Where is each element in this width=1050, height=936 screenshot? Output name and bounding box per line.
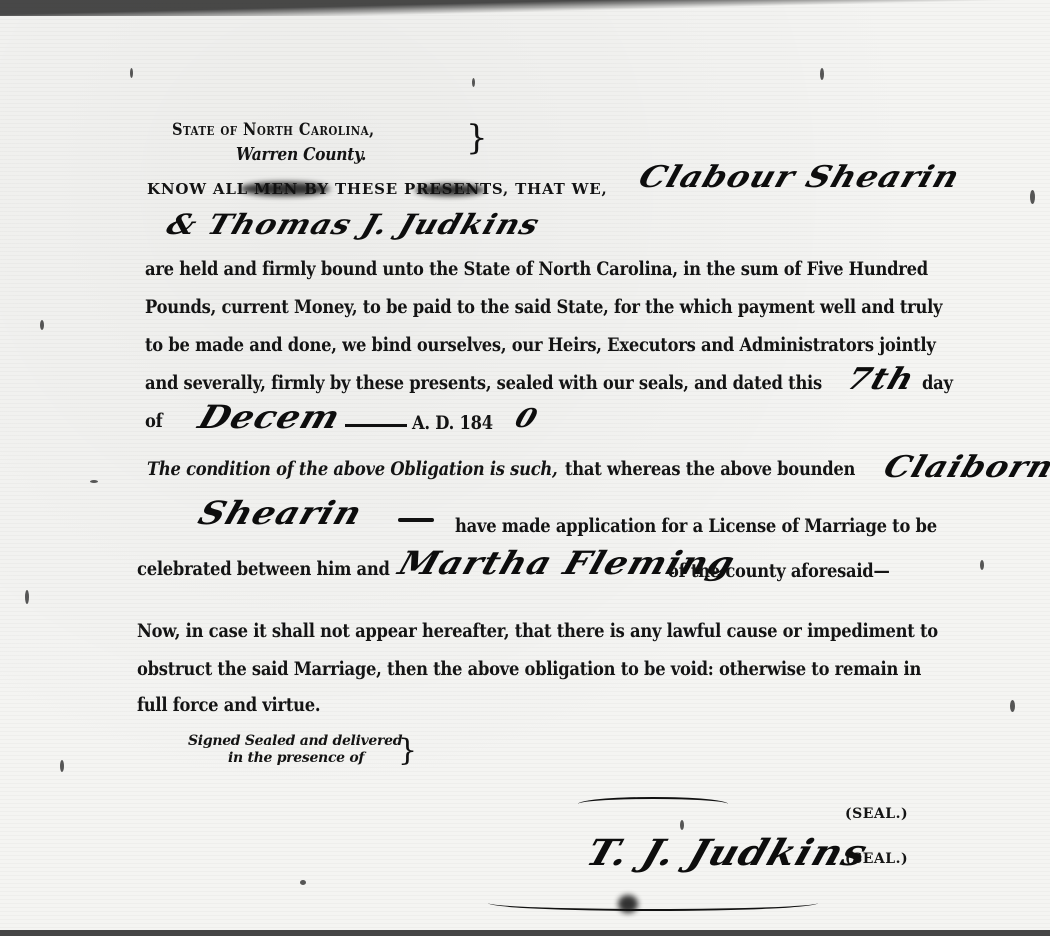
ad-label: A. D. 184 — [412, 412, 493, 434]
closing-line-1: Now, in case it shall not appear hereaft… — [137, 620, 938, 642]
body-line-2: Pounds, current Money, to be paid to the… — [145, 296, 942, 318]
speck — [472, 78, 475, 87]
witness-line-1: Signed Sealed and delivered — [188, 733, 402, 749]
handwritten-bounden-1: Claiborn — [879, 450, 1050, 485]
closing-line-2: obstruct the said Marriage, then the abo… — [137, 658, 921, 680]
speck — [980, 560, 984, 570]
speck — [25, 590, 29, 604]
application-line: have made application for a License of M… — [455, 515, 937, 537]
handwritten-year-digit: 0 — [511, 404, 542, 434]
condition-rest: that whereas the above bounden — [565, 458, 855, 480]
body-line-3: to be made and done, we bind ourselves, … — [145, 334, 936, 356]
ink-smear — [415, 184, 485, 196]
bounden-dash — [398, 518, 434, 522]
speck — [1010, 700, 1015, 712]
scanned-document-page: State of North Carolina, Warren County. … — [0, 0, 1050, 936]
celebrated-suffix: of the county aforesaid— — [668, 560, 890, 582]
witness-line-2: in the presence of — [228, 750, 364, 766]
day-label: day — [922, 372, 953, 394]
signature-flourish-bottom — [488, 895, 818, 911]
ink-blot — [618, 895, 638, 913]
body-line-1: are held and firmly bound unto the State… — [145, 258, 928, 280]
header-county: Warren County. — [236, 144, 366, 165]
closing-line-3: full force and virtue. — [137, 694, 320, 716]
page-bottom-edge — [0, 930, 1050, 936]
opening-text: KNOW ALL MEN BY THESE PRESENTS, THAT WE, — [147, 180, 608, 198]
speck — [90, 480, 98, 483]
handwritten-month: Decem — [194, 398, 346, 436]
celebrated-prefix: celebrated between him and — [137, 558, 390, 580]
speck — [820, 68, 824, 80]
speck — [1030, 190, 1035, 204]
page-top-edge — [0, 0, 1050, 16]
witness-brace: } — [398, 733, 417, 768]
speck — [300, 880, 306, 885]
speck — [40, 320, 44, 330]
speck — [680, 820, 684, 830]
ink-smear — [240, 182, 330, 196]
handwritten-principal-1: Clabour Shearin — [634, 160, 964, 195]
date-dash — [345, 424, 407, 427]
handwritten-signature: T. J. Judkins — [581, 832, 873, 874]
signature-flourish-top — [578, 797, 728, 811]
condition-italic: The condition of the above Obligation is… — [147, 458, 557, 480]
handwritten-principal-2: & Thomas J. Judkins — [163, 208, 545, 241]
speck — [130, 68, 133, 78]
header-state: State of North Carolina, — [172, 120, 375, 140]
handwritten-bounden-2: Shearin — [194, 494, 368, 532]
header-brace: } — [466, 118, 488, 158]
handwritten-day: 7th — [842, 362, 919, 397]
seal-1: (SEAL.) — [845, 806, 908, 822]
body-line-4: and severally, firmly by these presents,… — [145, 372, 822, 394]
speck — [60, 760, 64, 772]
date-prefix: of — [145, 410, 162, 432]
